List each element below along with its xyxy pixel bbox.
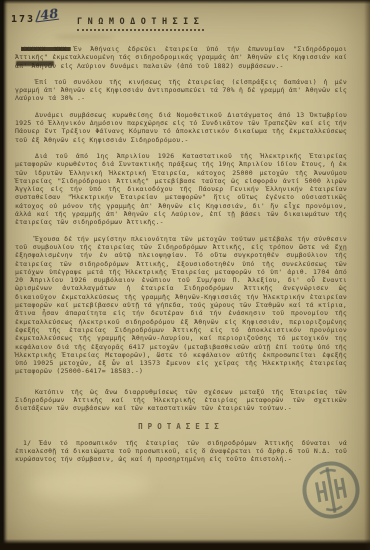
round-archive-stamp-icon [296,455,366,525]
archive-number: 173 [11,14,35,25]
photo-edge-left [0,0,8,550]
struck-text-mark [16,61,54,66]
archive-reference: 173/48 [11,7,59,26]
paper-stain [54,34,114,40]
photo-edge-right [364,0,370,550]
document-photo: 173/48 ΓΝΩΜΟΔΟΤΗΣΙΣ ΧΧΧΧΧΧ ΧΧΧ.Ἐν Ἀθήναι… [0,0,370,550]
handwritten-number: /48 [35,7,60,25]
paper-stain [30,470,150,500]
paragraph: Κατόπιν τῆς ὡς ἄνω διαρρυθμίσεως τῶν σχέ… [15,388,347,413]
section-heading: ΠΡΟΤΑΣΕΙΣ [15,423,347,431]
paragraph: Ἔχουσα δέ τήν μεγίστην πλειονότητα τῶν μ… [15,235,347,376]
struck-text: ΧΧΧΧΧΧ ΧΧΧ. [21,45,71,53]
paragraph: ΧΧΧΧΧΧ ΧΧΧ.Ἐν Ἀθήναις ἑδρεύει ἑταιρεία ὑ… [15,45,347,70]
photo-edge-top [0,0,370,4]
paragraph: Ἐπί τοῦ συνόλου τῆς κινήσεως τῆς ἑταιρεί… [15,78,347,103]
document-title: ΓΝΩΜΟΔΟΤΗΣΙΣ [77,17,204,31]
paragraph: Διά τοῦ ἀπό 1ης Ἀπριλίου 1926 Καταστατικ… [15,152,347,227]
paragraph: Δυνάμει συμβάσεως κυρωθείσης διά Νομοθετ… [15,111,347,144]
document-body: ΧΧΧΧΧΧ ΧΧΧ.Ἐν Ἀθήναις ἑδρεύει ἑταιρεία ὑ… [15,45,347,472]
proposal-paragraph: 1/ Ἐάν τό προσωπικόν τῆς ἑταιρίας τῶν σι… [15,439,347,464]
photo-edge-bottom [0,539,370,550]
